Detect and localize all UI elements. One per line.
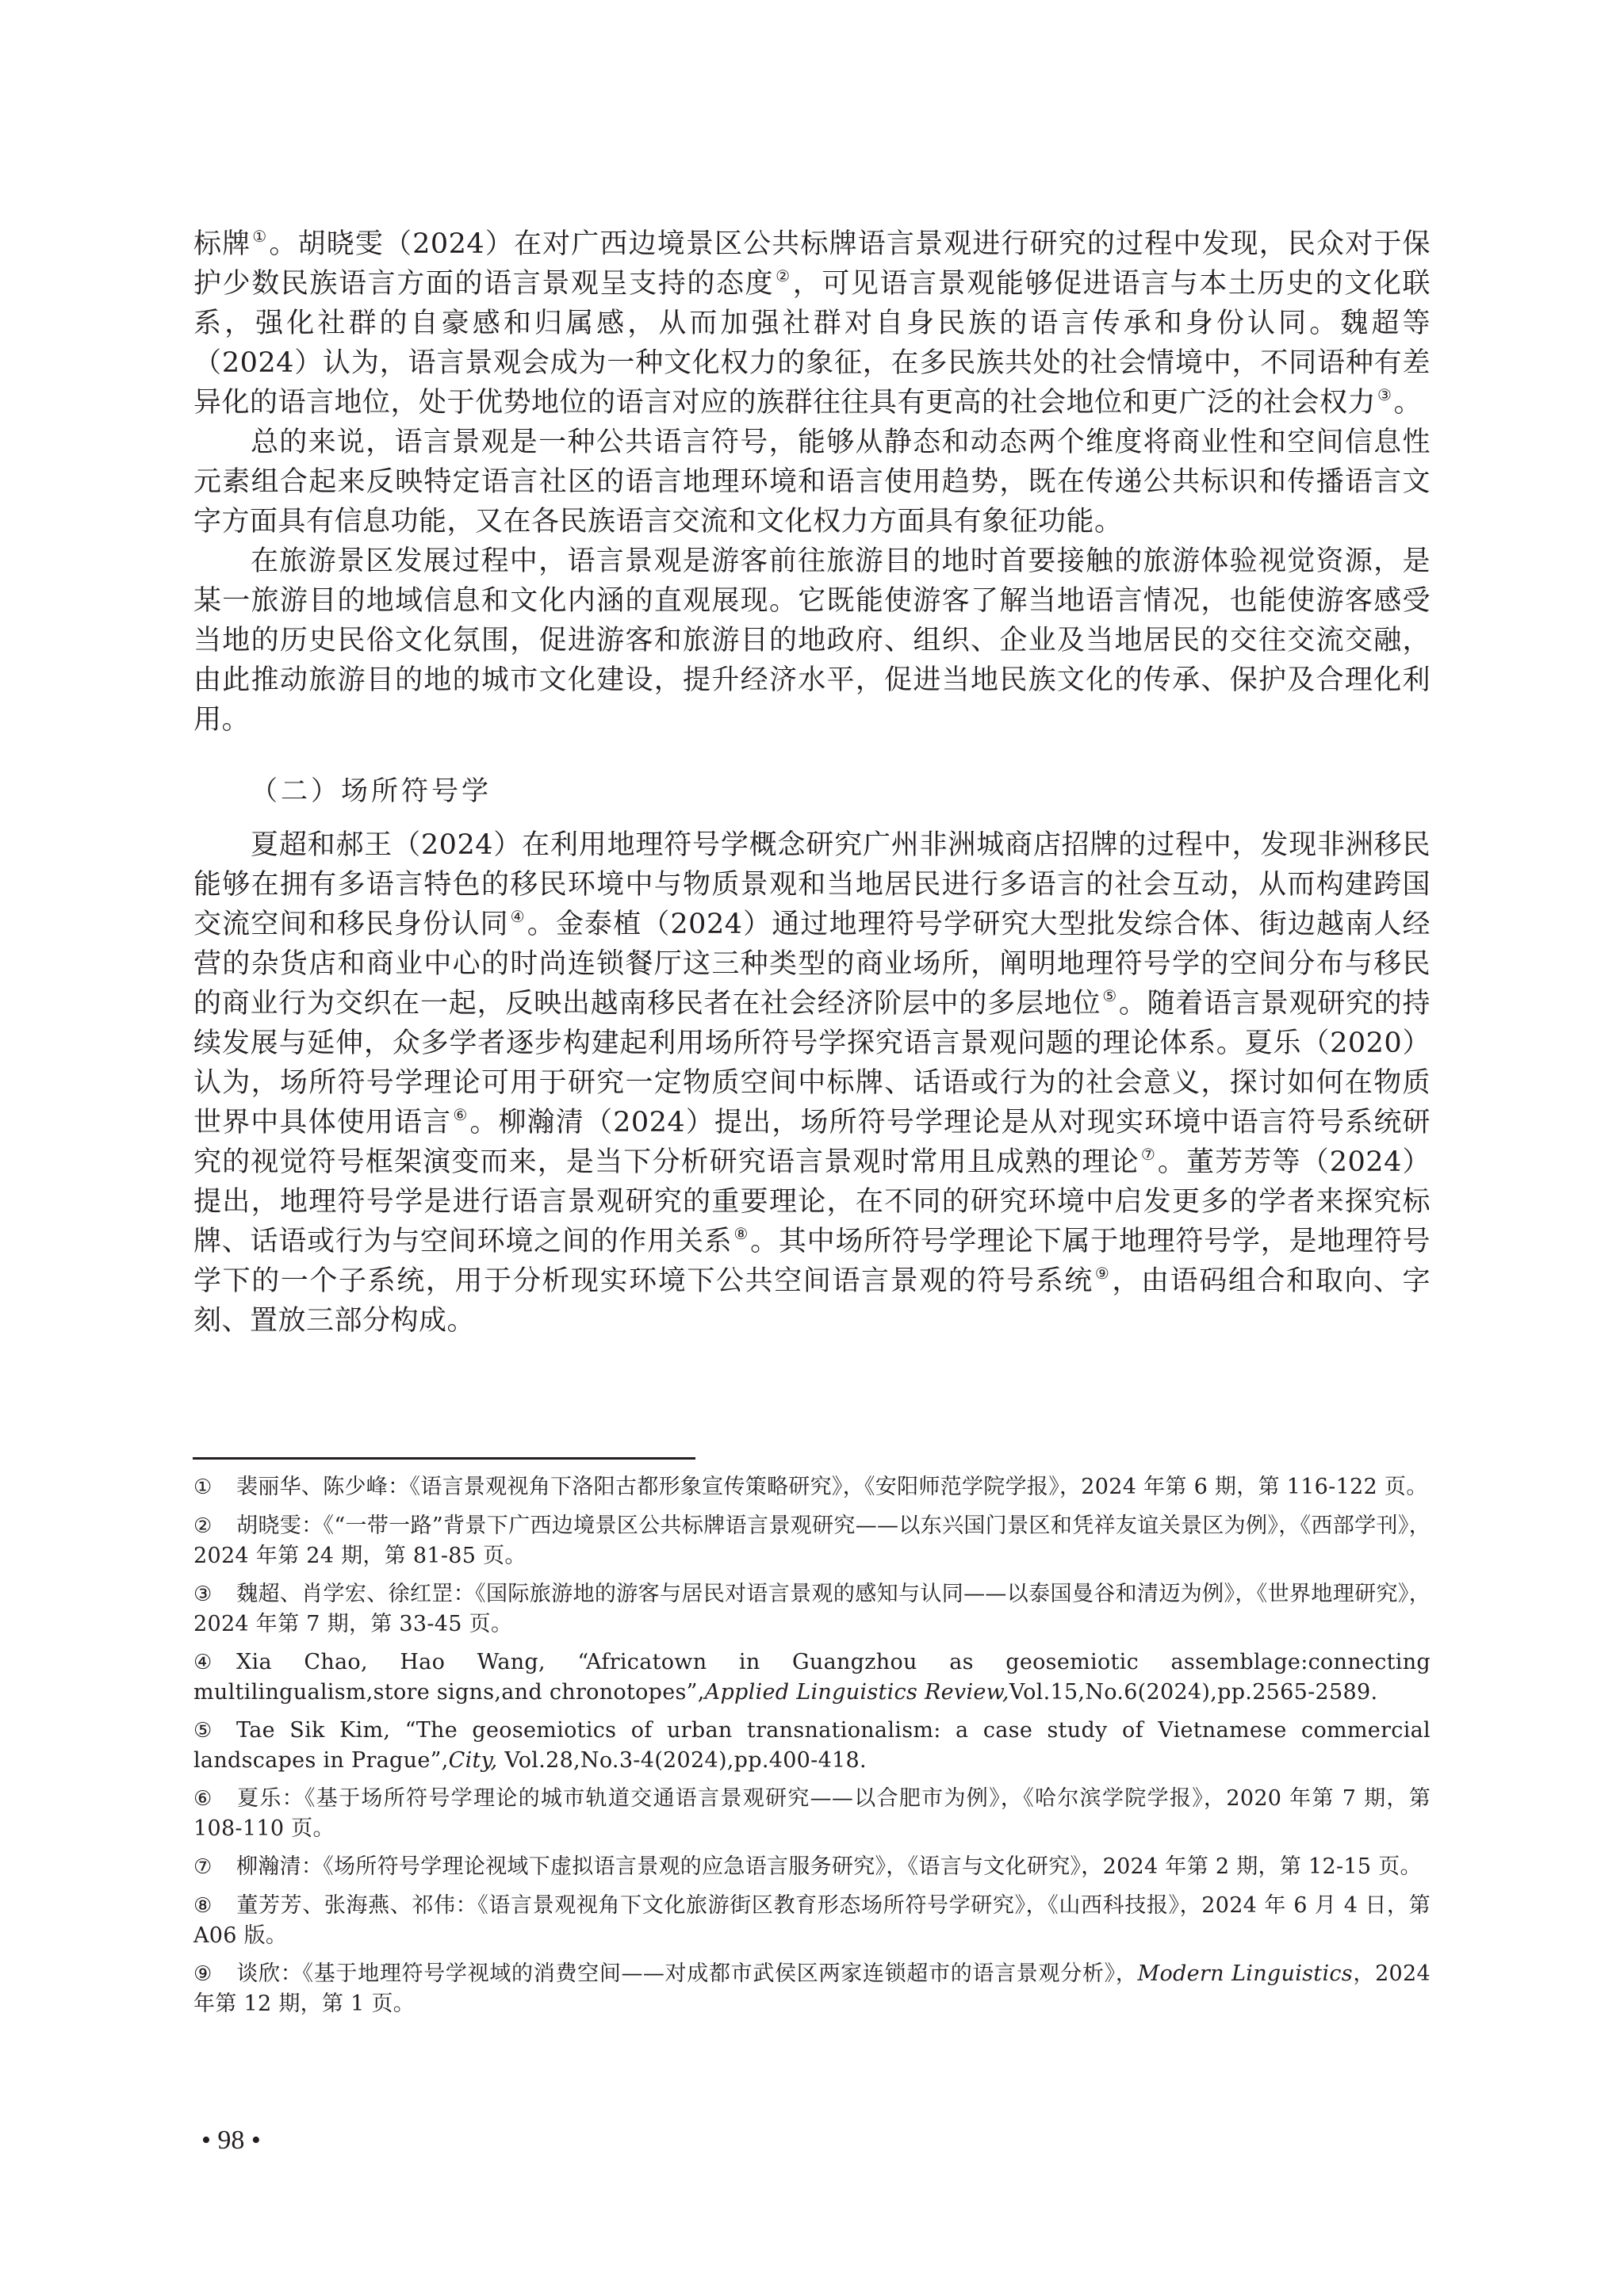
italic-title: City, — [449, 1748, 498, 1773]
footnote-number: ② — [193, 1512, 236, 1541]
text-run: Vol.28,No.3-4(2024),pp.400-418. — [498, 1748, 867, 1773]
document-page: 标牌①。胡晓雯（2024）在对广西边境景区公共标牌语言景观进行研究的过程中发现，… — [0, 0, 1624, 2296]
footnote-separator — [193, 1457, 695, 1460]
footnote-marker[interactable]: ⑦ — [1141, 1145, 1156, 1164]
text-run: 标牌 — [193, 228, 251, 260]
footnote-number: ① — [193, 1473, 236, 1502]
footnote-item: ⑤Tae Sik Kim, “The geosemiotics of urban… — [193, 1716, 1431, 1775]
footnote-marker[interactable]: ⑧ — [733, 1224, 749, 1243]
section-heading: （二）场所符号学 — [251, 771, 492, 811]
text-run: 裴丽华、陈少峰：《语言景观视角下洛阳古都形象宣传策略研究》，《安阳师范学院学报》… — [236, 1475, 1428, 1499]
text-run: 魏超、肖学宏、徐红罡：《国际旅游地的游客与居民对语言景观的感知与认同——以泰国曼… — [193, 1582, 1431, 1636]
footnote-item: ①裴丽华、陈少峰：《语言景观视角下洛阳古都形象宣传策略研究》，《安阳师范学院学报… — [193, 1472, 1431, 1502]
text-run: 谈欣：《基于地理符号学视域的消费空间——对成都市武侯区两家连锁超市的语言景观分析… — [236, 1961, 1138, 1986]
footnote-item: ⑨谈欣：《基于地理符号学视域的消费空间——对成都市武侯区两家连锁超市的语言景观分… — [193, 1959, 1431, 2019]
footnote-number: ⑥ — [193, 1785, 236, 1814]
footnote-marker[interactable]: ⑨ — [1095, 1264, 1111, 1283]
footnote-number: ④ — [193, 1648, 236, 1678]
text-run: 总的来说，语言景观是一种公共语言符号，能够从静态和动态两个维度将商业性和空间信息… — [193, 427, 1431, 538]
page-number: • 98 • — [201, 2125, 261, 2156]
text-run: Vol.15,No.6(2024),pp.2565-2589. — [1009, 1680, 1378, 1705]
paragraph: 总的来说，语言景观是一种公共语言符号，能够从静态和动态两个维度将商业性和空间信息… — [193, 423, 1431, 541]
footnote-number: ③ — [193, 1580, 236, 1609]
footnote-item: ④Xia Chao, Hao Wang, “Africatown in Guan… — [193, 1647, 1431, 1707]
footnote-number: ⑦ — [193, 1853, 236, 1882]
footnote-number: ⑧ — [193, 1892, 236, 1921]
footnote-number: ⑤ — [193, 1716, 236, 1746]
footnote-item: ⑧董芳芳、张海燕、祁伟：《语言景观视角下文化旅游街区教育形态场所符号学研究》，《… — [193, 1891, 1431, 1950]
footnote-marker[interactable]: ⑤ — [1102, 986, 1117, 1005]
body-text-upper: 标牌①。胡晓雯（2024）在对广西边境景区公共标牌语言景观进行研究的过程中发现，… — [193, 224, 1431, 740]
text-run: 夏乐：《基于场所符号学理论的城市轨道交通语言景观研究——以合肥市为例》，《哈尔滨… — [193, 1786, 1431, 1841]
footnote-marker[interactable]: ④ — [511, 907, 526, 926]
text-run: 。 — [1393, 387, 1422, 419]
italic-title: Applied Linguistics Review, — [705, 1680, 1009, 1705]
text-run: 柳瀚清：《场所符号学理论视域下虚拟语言景观的应急语言服务研究》，《语言与文化研究… — [236, 1854, 1422, 1879]
paragraph: 在旅游景区发展过程中，语言景观是游客前往旅游目的地时首要接触的旅游体验视觉资源，… — [193, 541, 1431, 740]
text-run: 胡晓雯：《“一带一路”背景下广西边境景区公共标牌语言景观研究——以东兴国门景区和… — [193, 1513, 1431, 1568]
italic-title: Modern Linguistics — [1138, 1961, 1353, 1986]
footnote-marker[interactable]: ① — [252, 227, 267, 246]
text-run: 在旅游景区发展过程中，语言景观是游客前往旅游目的地时首要接触的旅游体验视觉资源，… — [193, 545, 1431, 736]
text-run: 董芳芳、张海燕、祁伟：《语言景观视角下文化旅游街区教育形态场所符号学研究》，《山… — [193, 1893, 1431, 1948]
footnote-item: ⑥夏乐：《基于场所符号学理论的城市轨道交通语言景观研究——以合肥市为例》，《哈尔… — [193, 1784, 1431, 1843]
body-text-section: 夏超和郝王（2024）在利用地理符号学概念研究广州非洲城商店招牌的过程中，发现非… — [193, 825, 1431, 1341]
footnotes: ①裴丽华、陈少峰：《语言景观视角下洛阳古都形象宣传策略研究》，《安阳师范学院学报… — [193, 1472, 1431, 2027]
footnote-item: ②胡晓雯：《“一带一路”背景下广西边境景区公共标牌语言景观研究——以东兴国门景区… — [193, 1511, 1431, 1571]
footnote-item: ③魏超、肖学宏、徐红罡：《国际旅游地的游客与居民对语言景观的感知与认同——以泰国… — [193, 1579, 1431, 1639]
footnote-number: ⑨ — [193, 1960, 236, 1989]
footnote-marker[interactable]: ② — [776, 266, 791, 285]
paragraph: 标牌①。胡晓雯（2024）在对广西边境景区公共标牌语言景观进行研究的过程中发现，… — [193, 224, 1431, 423]
footnote-marker[interactable]: ③ — [1377, 385, 1392, 404]
footnote-item: ⑦柳瀚清：《场所符号学理论视域下虚拟语言景观的应急语言服务研究》，《语言与文化研… — [193, 1852, 1431, 1882]
paragraph: 夏超和郝王（2024）在利用地理符号学概念研究广州非洲城商店招牌的过程中，发现非… — [193, 825, 1431, 1341]
footnote-marker[interactable]: ⑥ — [453, 1105, 468, 1124]
